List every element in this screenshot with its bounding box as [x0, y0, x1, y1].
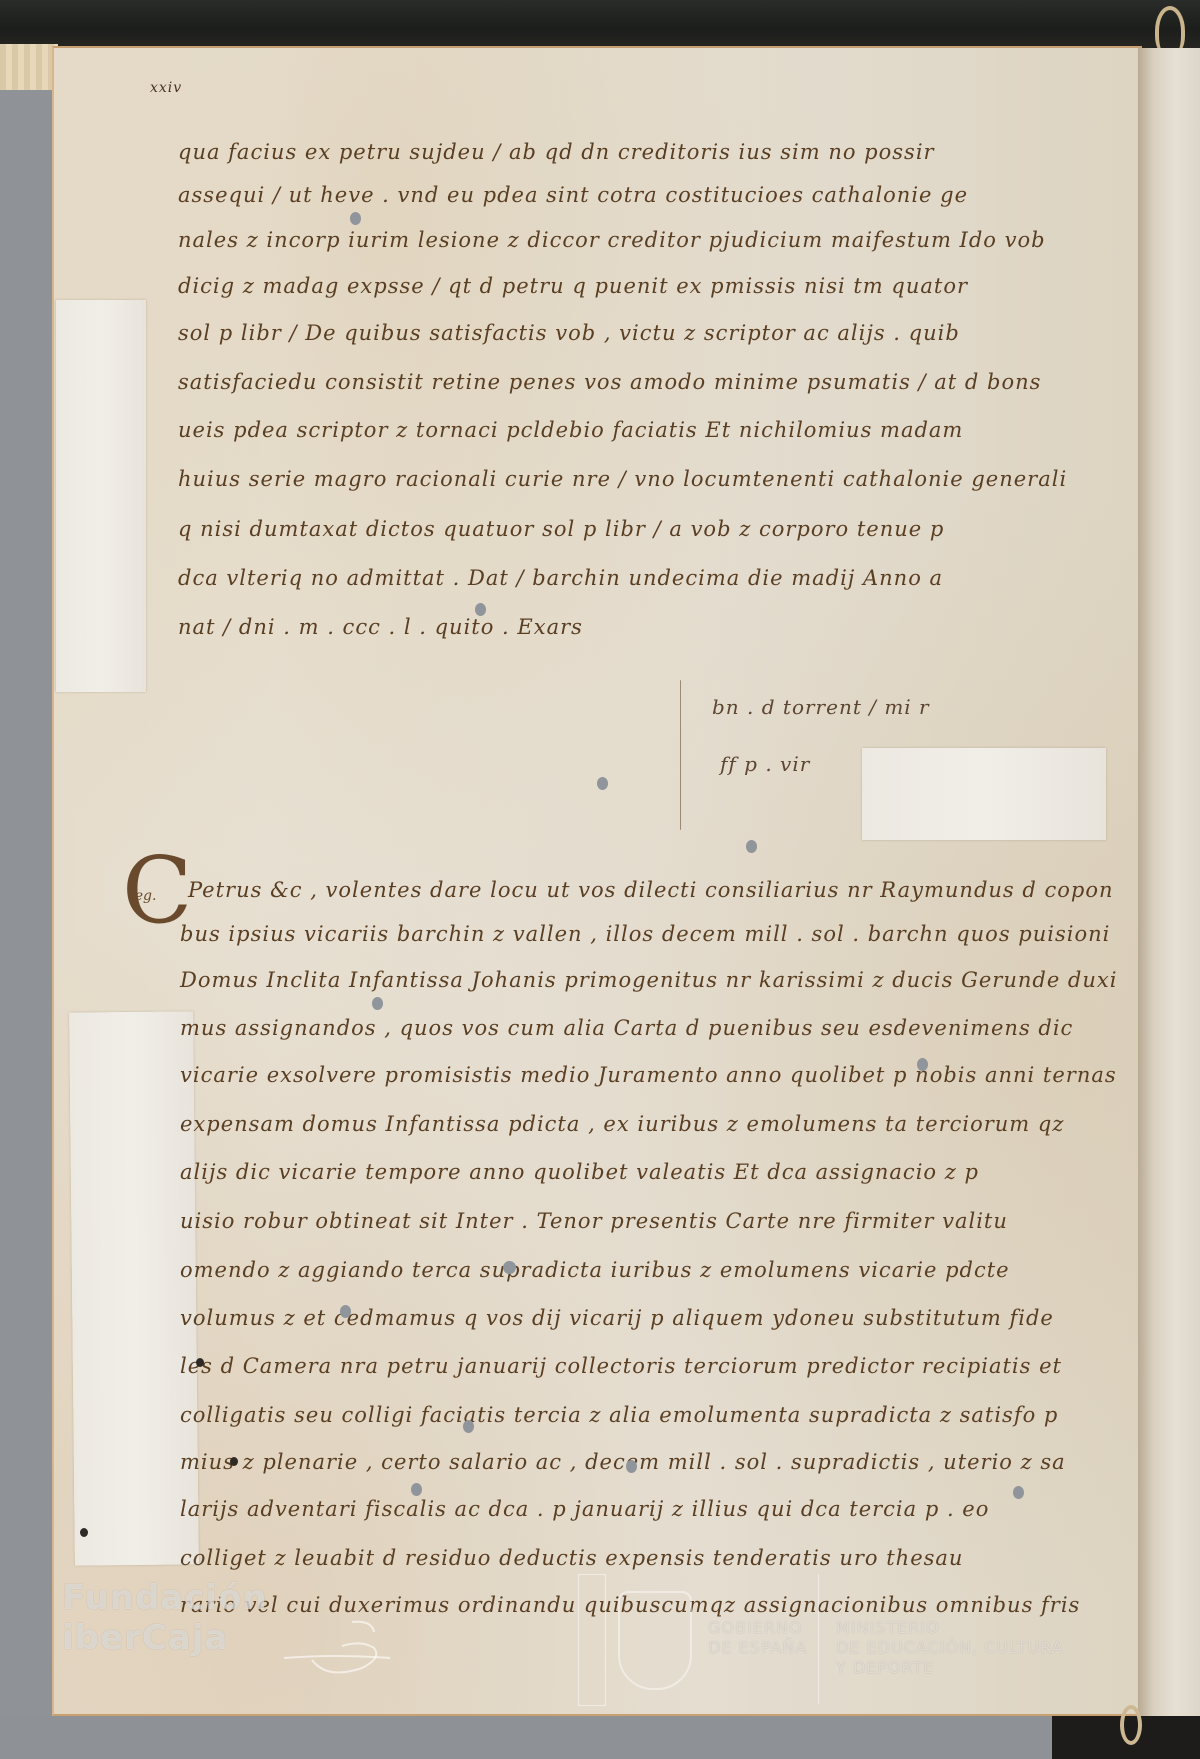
- grey-mat-left: [0, 90, 52, 1759]
- wormhole: [917, 1058, 928, 1071]
- ibercaja-logo-icon: [282, 1618, 392, 1678]
- ink-dot: [230, 1457, 238, 1466]
- wormhole: [626, 1460, 637, 1473]
- manuscript-line: sol p libr / De quibus satisfactis vob ,…: [178, 321, 960, 345]
- manuscript-line: huius serie magro racionali curie nre / …: [178, 467, 1067, 491]
- manuscript-line: dicig z madag expsse / qt d petru q puen…: [178, 274, 968, 298]
- next-page-gutter: [1138, 48, 1200, 1716]
- wormhole: [746, 840, 757, 853]
- watermark-text: Fundación: [62, 1578, 268, 1618]
- manuscript-line: alijs dic vicarie tempore anno quolibet …: [180, 1160, 979, 1184]
- manuscript-line: Petrus &c , volentes dare locu ut vos di…: [188, 878, 1114, 902]
- ministerio-text: MINISTERIO DE EDUCACIÓN, CULTURA Y DEPOR…: [836, 1618, 1064, 1678]
- manuscript-line: vicarie exsolvere promisistis medio Jura…: [180, 1063, 1117, 1087]
- manuscript-line: expensam domus Infantissa pdicta , ex iu…: [180, 1112, 1064, 1136]
- signature-line: ff p . vir: [720, 752, 810, 776]
- wormhole: [503, 1261, 516, 1274]
- manuscript-line: bus ipsius vicariis barchin z vallen , i…: [180, 922, 1110, 946]
- margin-note: reg.: [128, 888, 156, 904]
- fundacion-ibercaja-watermark: Fundación iberCaja: [62, 1578, 268, 1658]
- manuscript-line: nat / dni . m . ccc . l . quito . Exars: [178, 615, 583, 639]
- manuscript-line: ueis pdea scriptor z tornaci pcldebio fa…: [178, 418, 963, 442]
- coat-of-arms-icon: [618, 1591, 692, 1690]
- ink-dot: [196, 1358, 204, 1367]
- page-edge-stack: [0, 44, 58, 92]
- signature-line: bn . d torrent / mi r: [712, 695, 930, 719]
- signature-flourish: [680, 680, 681, 830]
- binding-thread-icon: [1120, 1705, 1142, 1745]
- gobierno-text: GOBIERNO DE ESPAÑA: [708, 1618, 807, 1658]
- manuscript-line: q nisi dumtaxat dictos quatuor sol p lib…: [178, 517, 944, 541]
- repair-patch: [862, 748, 1106, 840]
- manuscript-line: volumus z et cedmamus q vos dij vicarij …: [180, 1306, 1054, 1330]
- flag-bar-icon: [578, 1574, 606, 1706]
- manuscript-line: satisfaciedu consistit retine penes vos …: [178, 370, 1041, 394]
- manuscript-line: mius z plenarie , certo salario ac , dec…: [180, 1450, 1066, 1474]
- manuscript-line: colligatis seu colligi faciatis tercia z…: [180, 1403, 1058, 1427]
- wormhole: [463, 1420, 474, 1433]
- wormhole: [475, 603, 486, 616]
- manuscript-line: qua facius ex petru sujdeu / ab qd dn cr…: [178, 140, 935, 164]
- gobierno-espana-watermark: GOBIERNO DE ESPAÑA MINISTERIO DE EDUCACI…: [568, 1566, 1200, 1706]
- wormhole: [340, 1305, 351, 1318]
- manuscript-line: uisio robur obtineat sit Inter . Tenor p…: [180, 1209, 1008, 1233]
- manuscript-line: les d Camera nra petru januarij collecto…: [180, 1354, 1062, 1378]
- folio-number: xxiv: [150, 80, 182, 96]
- grey-mat-bottom: [0, 1716, 1052, 1759]
- manuscript-line: assequi / ut heve . vnd eu pdea sint cot…: [178, 183, 968, 207]
- wormhole: [1013, 1486, 1024, 1499]
- manuscript-line: omendo z aggiando terca supradicta iurib…: [180, 1258, 1010, 1282]
- wormhole: [350, 212, 361, 225]
- ink-dot: [80, 1528, 88, 1537]
- manuscript-line: nales z incorp iurim lesione z diccor cr…: [178, 228, 1046, 252]
- wormhole: [372, 997, 383, 1010]
- repair-patch: [56, 300, 146, 692]
- manuscript-line: larijs adventari fiscalis ac dca . p jan…: [180, 1497, 989, 1521]
- wormhole: [597, 777, 608, 790]
- book-binding-top: [0, 0, 1200, 48]
- manuscript-line: Domus Inclita Infantissa Johanis primoge…: [180, 968, 1117, 992]
- watermark-text: iberCaja: [62, 1618, 268, 1658]
- wormhole: [411, 1483, 422, 1496]
- watermark-divider: [818, 1574, 819, 1704]
- manuscript-line: dca vlteriq no admittat . Dat / barchin …: [178, 566, 943, 590]
- manuscript-line: mus assignandos , quos vos cum alia Cart…: [180, 1016, 1073, 1040]
- repair-patch: [69, 1011, 199, 1565]
